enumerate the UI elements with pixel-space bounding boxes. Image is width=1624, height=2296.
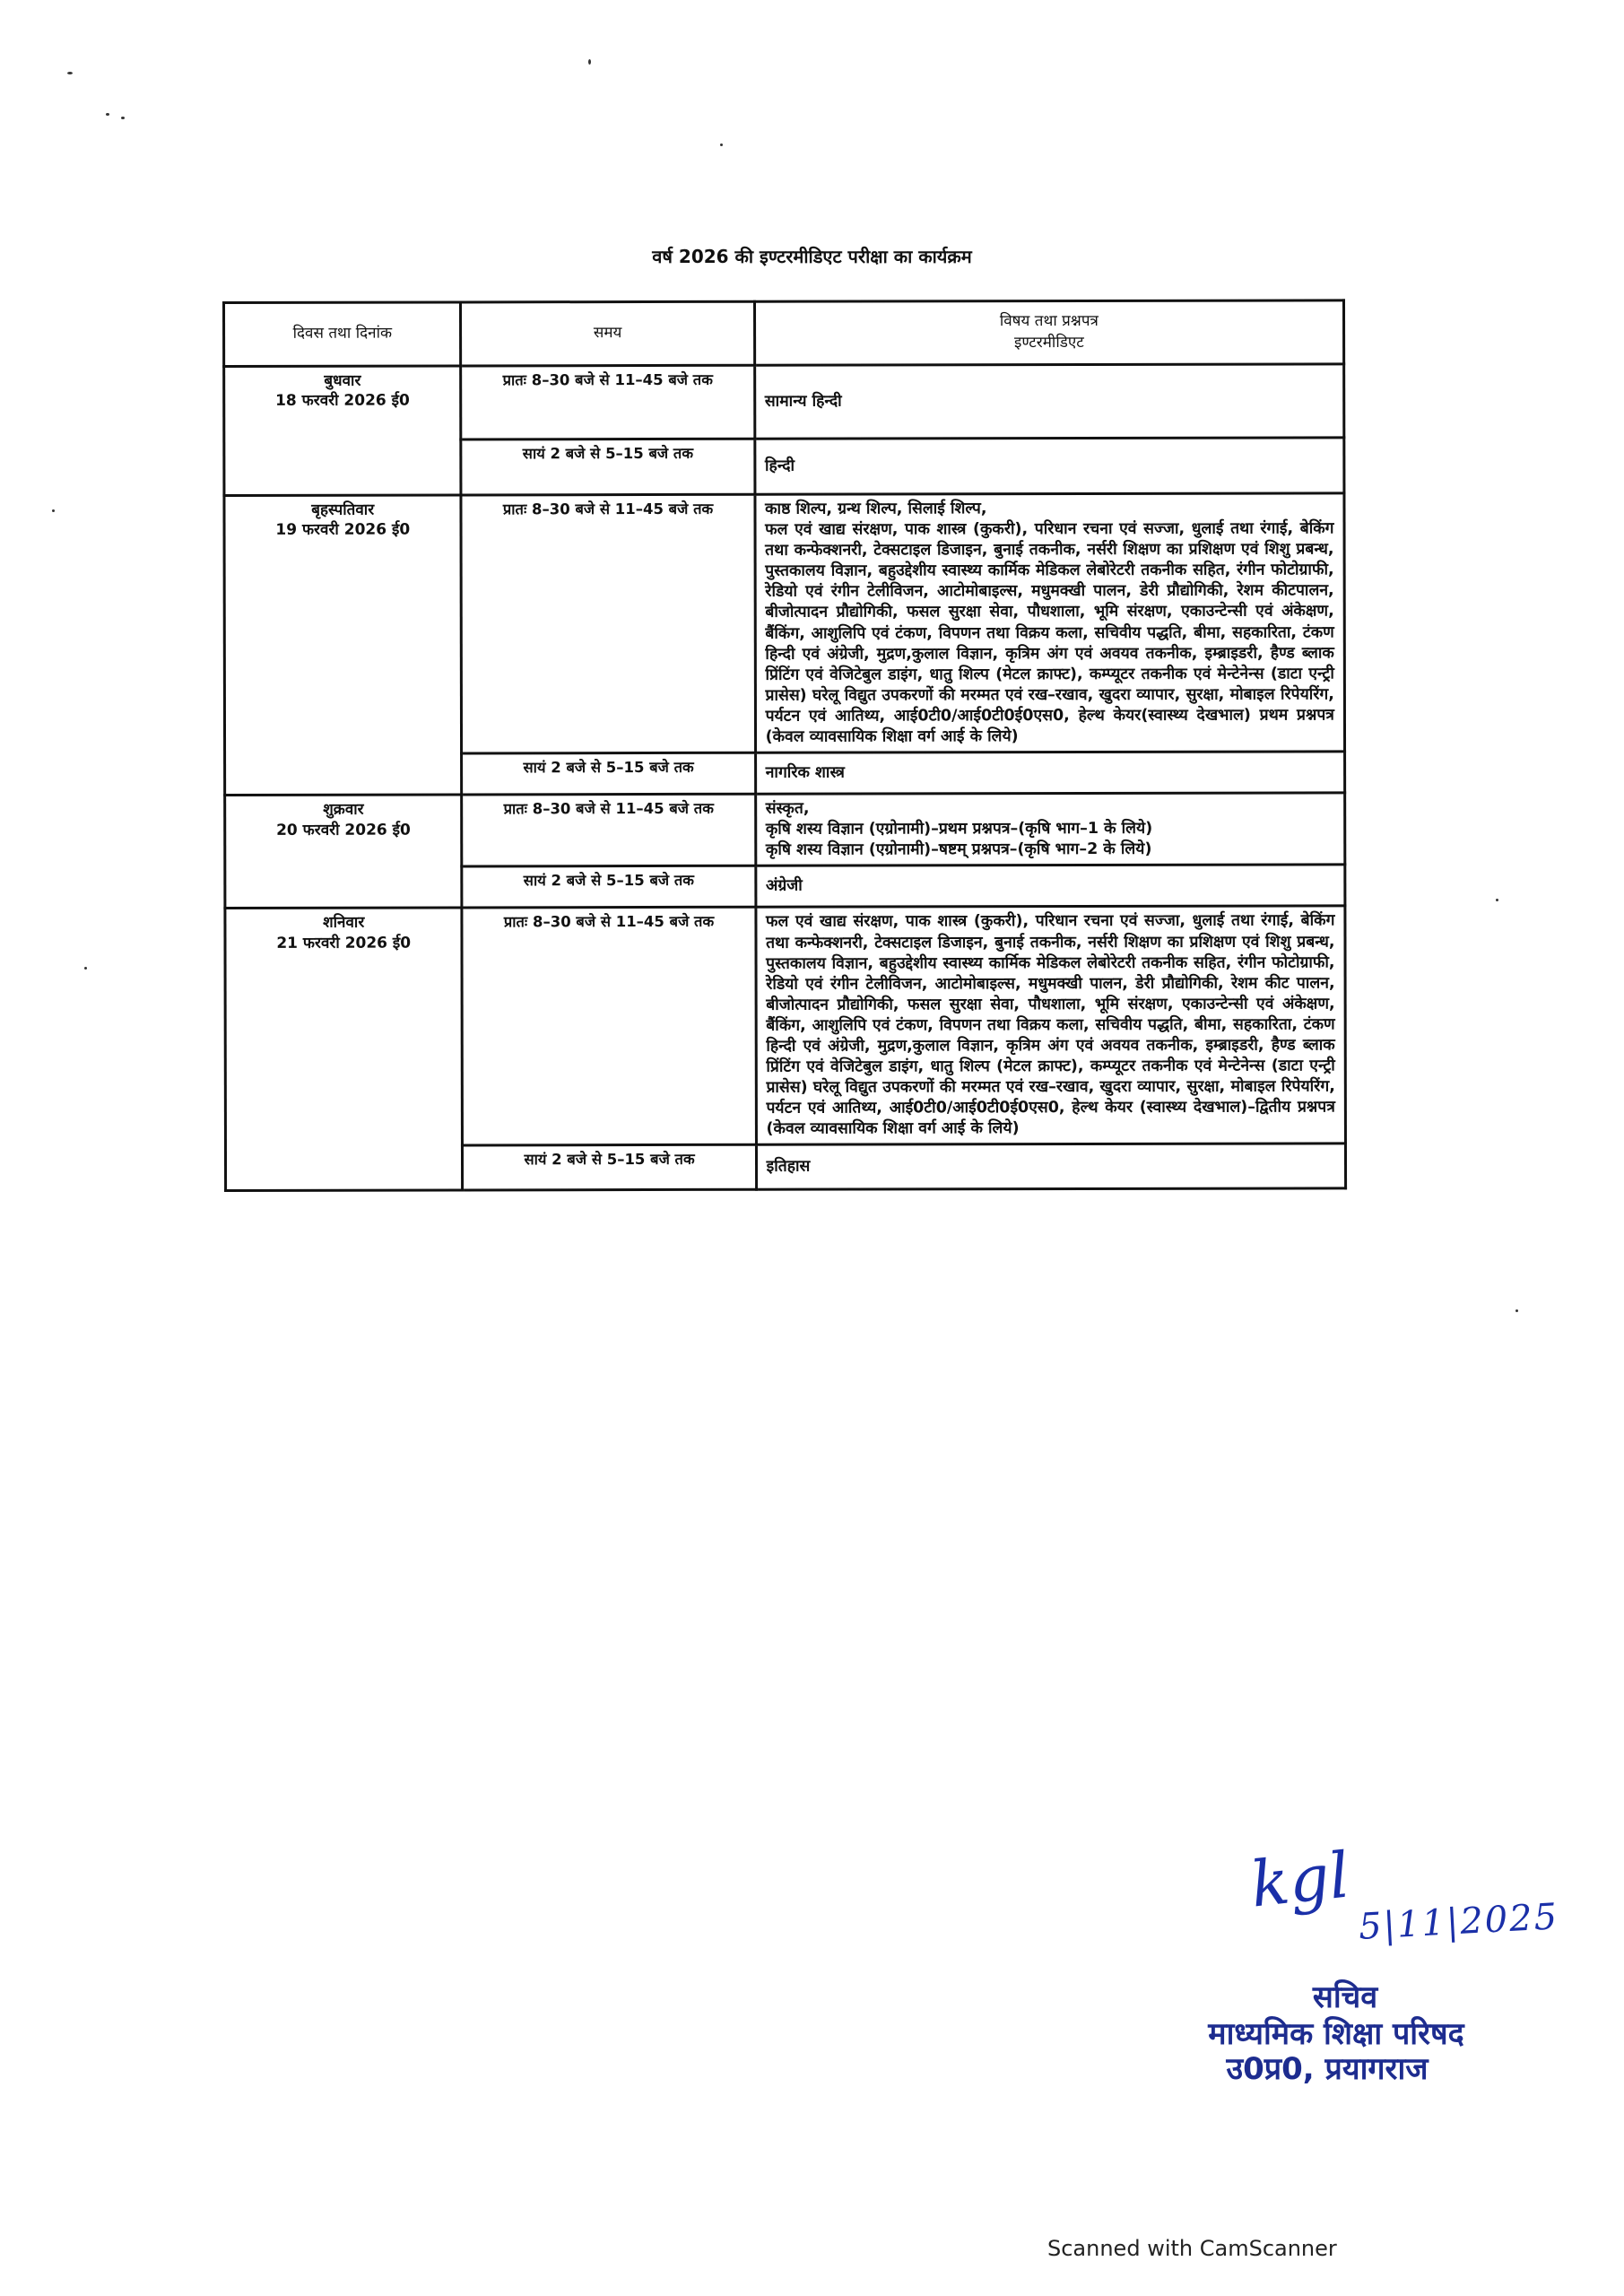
subject-cell: नागरिक शास्त्र <box>755 752 1345 794</box>
day-name: शुक्रवार <box>235 800 451 821</box>
day-date: 21 फरवरी 2026 ई0 <box>235 933 451 953</box>
day-cell: शनिवार 21 फरवरी 2026 ई0 <box>225 908 463 1191</box>
scan-speck <box>1496 899 1498 901</box>
subject-cell: इतिहास <box>756 1144 1346 1189</box>
scan-speck <box>106 113 109 116</box>
table-row: बृहस्पतिवार 19 फरवरी 2026 ई0 प्रातः 8–30… <box>224 493 1345 754</box>
time-cell: सायं 2 बजे से 5–15 बजे तक <box>462 752 755 795</box>
signatory-location: उ0प्र0, प्रयागराज <box>1139 2047 1515 2088</box>
scan-speck <box>67 72 73 74</box>
scan-speck <box>52 509 55 512</box>
signature-scribble: kgl <box>1247 1838 1353 1921</box>
signatory-role: सचिव <box>1157 1975 1533 2016</box>
scan-speck <box>121 117 125 119</box>
subject-line: काष्ठ शिल्प, ग्रन्थ शिल्प, सिलाई शिल्प, <box>765 498 1333 519</box>
time-cell: सायं 2 बजे से 5–15 बजे तक <box>462 866 755 909</box>
header-subject-line2: इण्टरमीडिएट <box>765 332 1333 354</box>
table-row: बुधवार 18 फरवरी 2026 ई0 प्रातः 8–30 बजे … <box>224 364 1344 440</box>
scan-speck <box>588 59 591 65</box>
scanner-watermark: Scanned with CamScanner <box>1047 2236 1337 2261</box>
table-header-row: दिवस तथा दिनांक समय विषय तथा प्रश्नपत्र … <box>224 300 1344 367</box>
page-title: वर्ष 2026 की इण्टरमीडिएट परीक्षा का कार्… <box>0 244 1624 268</box>
header-time: समय <box>461 301 754 366</box>
time-cell: प्रातः 8–30 बजे से 11–45 बजे तक <box>462 794 755 866</box>
subject-line: फल एवं खाद्य संरक्षण, पाक शास्त्र (कुकरी… <box>765 518 1334 747</box>
time-cell: सायं 2 बजे से 5–15 बजे तक <box>463 1145 756 1191</box>
time-cell: प्रातः 8–30 बजे से 11–45 बजे तक <box>461 365 754 439</box>
subject-line: संस्कृत, <box>766 798 1334 820</box>
day-cell: बृहस्पतिवार 19 फरवरी 2026 ई0 <box>224 495 462 796</box>
day-date: 19 फरवरी 2026 ई0 <box>235 520 451 541</box>
signature-block: kgl 5|11|2025 सचिव माध्यमिक शिक्षा परिषद… <box>1166 1830 1614 2099</box>
table-row: शुक्रवार 20 फरवरी 2026 ई0 प्रातः 8–30 बज… <box>225 793 1345 867</box>
day-name: बुधवार <box>234 370 450 391</box>
subject-line: कृषि शस्य विज्ञान (एग्रोनामी)–षष्टम् प्र… <box>766 839 1334 861</box>
day-name: बृहस्पतिवार <box>234 500 450 520</box>
day-cell: बुधवार 18 फरवरी 2026 ई0 <box>224 366 462 496</box>
exam-schedule-table: दिवस तथा दिनांक समय विषय तथा प्रश्नपत्र … <box>222 299 1347 1192</box>
header-subject-line1: विषय तथा प्रश्नपत्र <box>765 311 1333 334</box>
signature-date: 5|11|2025 <box>1358 1896 1559 1948</box>
subject-line: फल एवं खाद्य संरक्षण, पाक शास्त्र (कुकरी… <box>766 911 1335 1140</box>
subject-cell: काष्ठ शिल्प, ग्रन्थ शिल्प, सिलाई शिल्प, … <box>755 493 1345 753</box>
day-cell: शुक्रवार 20 फरवरी 2026 ई0 <box>225 795 463 909</box>
scan-speck <box>720 143 723 146</box>
scan-speck <box>84 967 87 970</box>
header-subject: विषय तथा प्रश्नपत्र इण्टरमीडिएट <box>754 300 1344 365</box>
day-name: शनिवार <box>235 913 451 934</box>
subject-cell: हिन्दी <box>754 438 1344 494</box>
subject-cell: सामान्य हिन्दी <box>754 364 1344 439</box>
time-cell: प्रातः 8–30 बजे से 11–45 बजे तक <box>462 908 756 1146</box>
day-date: 18 फरवरी 2026 ई0 <box>234 391 450 412</box>
time-cell: प्रातः 8–30 बजे से 11–45 बजे तक <box>461 494 755 753</box>
subject-cell: फल एवं खाद्य संरक्षण, पाक शास्त्र (कुकरी… <box>756 906 1346 1144</box>
time-cell: सायं 2 बजे से 5–15 बजे तक <box>461 439 754 495</box>
scan-speck <box>1515 1309 1518 1312</box>
subject-cell: संस्कृत, कृषि शस्य विज्ञान (एग्रोनामी)–प… <box>755 793 1345 866</box>
day-date: 20 फरवरी 2026 ई0 <box>235 820 451 840</box>
table-row: शनिवार 21 फरवरी 2026 ई0 प्रातः 8–30 बजे … <box>225 906 1346 1146</box>
subject-cell: अंग्रेजी <box>755 865 1345 907</box>
subject-line: कृषि शस्य विज्ञान (एग्रोनामी)–प्रथम प्रश… <box>766 819 1334 840</box>
header-day-date: दिवस तथा दिनांक <box>224 302 462 367</box>
